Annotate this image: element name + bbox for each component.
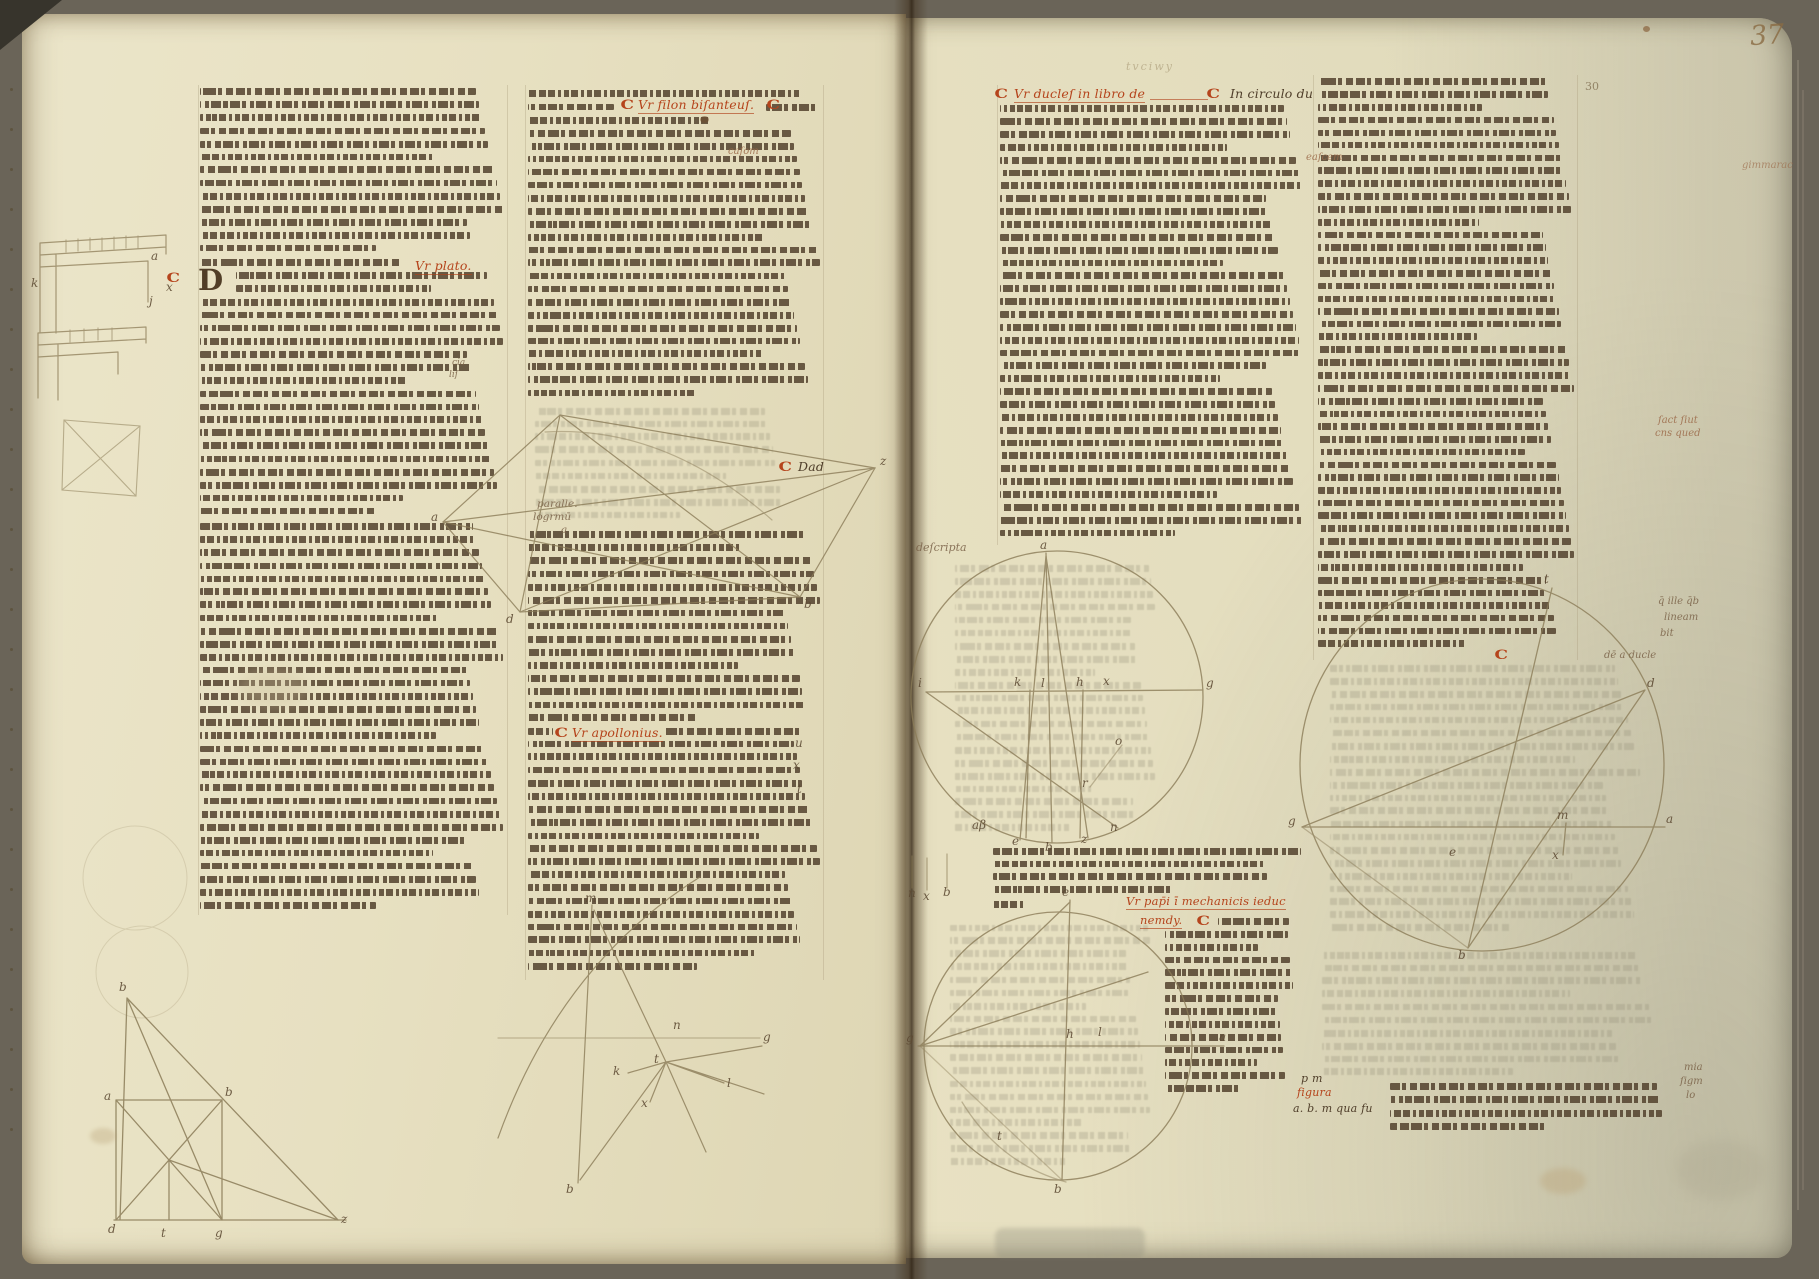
paraph-mark: C [1196, 914, 1209, 929]
diagram-label: a [151, 249, 158, 263]
diagram-label: z [880, 454, 886, 468]
diagram-label: o [1115, 734, 1122, 748]
pricking-holes [0, 0, 20, 1279]
paraph-mark: C [994, 87, 1007, 102]
rubric-nemdy: nemdy. [1140, 913, 1182, 929]
diagram-label: x [1103, 674, 1110, 688]
rubric-filon: Vr filon biſanteuſ. [638, 97, 754, 114]
diagram-label: h [1076, 675, 1084, 689]
manuscript-spread-photo: 37 30 tvciwy C Vr filon biſanteuſ. C Vr … [0, 0, 1819, 1279]
diagram-label: a [104, 1089, 111, 1103]
show-through-text [1322, 952, 1652, 1081]
text-block-col2 [528, 117, 820, 403]
margin-letter: t [797, 782, 802, 796]
ruling-line [198, 85, 199, 915]
margin-note-gimmarac: gimmarac [1742, 160, 1793, 171]
page-edge-line [1797, 60, 1799, 1210]
text-block-col3 [993, 901, 1045, 914]
margin-note-bit: bit [1660, 628, 1674, 639]
diagram-label: d [506, 612, 514, 626]
page-edge-line [1802, 90, 1804, 1190]
caption-pm: p m [1301, 1072, 1323, 1085]
rubric-ducles: Vr ducleſ in libro de [1014, 86, 1145, 103]
diagram-label: g [906, 1031, 914, 1045]
diagram-label: a [431, 510, 438, 524]
margin-note-lo: lo [1686, 1090, 1695, 1101]
word-descripta: deſcripta [916, 541, 967, 554]
text-block-col3 [1218, 918, 1294, 931]
text-block-col1 [200, 259, 400, 272]
paraph-mark: C [554, 726, 567, 741]
ruling-line [997, 85, 998, 545]
ruling-line [1577, 75, 1578, 660]
diagram-label: e [1012, 834, 1019, 848]
diagram-label: r [1082, 776, 1088, 790]
diagram-label: z [1081, 832, 1087, 846]
rubric-apollonius: Vr apollonius. [572, 725, 663, 742]
text-block-col4 [1390, 1083, 1662, 1137]
caption-figura: figura [1297, 1086, 1332, 1099]
initial-D: D [198, 266, 223, 295]
margin-note-cia: cia [452, 358, 465, 368]
diagram-label: t [654, 1052, 659, 1066]
page-number: 30 [1585, 80, 1599, 93]
text-block-col1 [200, 523, 503, 915]
show-through-text [1330, 665, 1640, 938]
margin-note-qdille: q̄ ille q̄b [1658, 596, 1699, 607]
diagram-label: t [997, 1129, 1002, 1143]
text-block-col2 [528, 104, 618, 116]
text-block-col2 [528, 531, 820, 727]
diagram-label: g [215, 1226, 223, 1240]
text-block-col4 [1318, 78, 1574, 653]
margin-note-lis: liſ [449, 370, 458, 380]
diagram-label: z [341, 1212, 347, 1226]
rubric-underline [1150, 99, 1208, 100]
text-block-col2 [528, 728, 554, 741]
diagram-label: g [1206, 676, 1214, 690]
gutter-letter: x [923, 889, 930, 903]
diagram-label: a [1666, 812, 1673, 826]
diagram-label: n [673, 1018, 681, 1032]
diagram-label: k [1014, 675, 1021, 689]
diagram-label: m [1557, 808, 1568, 822]
text-block-col1 [200, 299, 503, 521]
margin-note-mia: mia [1684, 1062, 1703, 1073]
diagram-label: d [108, 1222, 116, 1236]
diagram-label: k [613, 1064, 620, 1078]
note-logrammum: logrmū [533, 511, 571, 523]
text-block-col2 [528, 741, 820, 976]
text-block-col1 [236, 272, 503, 298]
rubric-plato: Vr plato. [415, 258, 472, 275]
diagram-label: b [804, 597, 812, 611]
diagram-label: aβ [972, 818, 986, 832]
binding-gutter [894, 0, 928, 1279]
margin-letter: x [793, 758, 800, 772]
margin-note-fact: ſact ſiut [1658, 415, 1698, 426]
diagram-label: t [1544, 572, 1549, 586]
heading-in-circulo: In circulo du [1230, 86, 1313, 101]
diagram-label: a [1219, 1030, 1226, 1044]
text-block-col3 [1000, 105, 1302, 542]
ruling-line [525, 85, 526, 980]
diagram-label: b [225, 1085, 233, 1099]
margin-note-eascem: eaſcem [1306, 152, 1343, 163]
margin-note-lineam: lineam [1664, 612, 1698, 623]
diagram-label: d [1647, 676, 1655, 690]
ruling-line [507, 85, 508, 915]
diagram-label: n [1110, 820, 1118, 834]
diagram-label: b [1458, 948, 1466, 962]
paraph-mark: C [620, 98, 633, 113]
note-a: a [561, 524, 567, 536]
running-header: tvciwy [1126, 60, 1174, 73]
show-through-text [950, 925, 1150, 1171]
diagram-label: g [1288, 814, 1296, 828]
note-paralle: paralle. [537, 498, 578, 510]
diagram-label: a [1040, 538, 1047, 552]
diagram-label: e [1449, 845, 1456, 859]
paraph-mark: C [1206, 87, 1219, 102]
diagram-label: b [1054, 1182, 1062, 1196]
gutter-letter: n [908, 886, 916, 900]
diagram-label: b [119, 980, 127, 994]
diagram-label: t [161, 1226, 166, 1240]
diagram-label: k [31, 276, 38, 290]
paraph-mark: C [766, 98, 779, 113]
word-dad: Dad [798, 459, 824, 474]
rubric-pappi: Vr pap̄i ī mechanicis ieduc [1126, 894, 1286, 910]
diagram-label: b [1045, 840, 1053, 854]
folio-number: 37 [1749, 19, 1785, 52]
ruling-line [823, 85, 824, 980]
show-through-text [955, 565, 1155, 838]
diagram-label: x [641, 1096, 648, 1110]
diagram-label: e [1062, 885, 1069, 899]
text-block-col3 [993, 848, 1301, 900]
margin-note-dea: dē a ducle [1604, 650, 1656, 661]
diagram-label: l [1098, 1025, 1102, 1039]
diagram-label: l [727, 1076, 731, 1090]
paraph-mark: C [1494, 648, 1507, 663]
diagram-label: h [1066, 1027, 1074, 1041]
diagram-label: m [585, 891, 596, 905]
diagram-label: l [1041, 676, 1045, 690]
diagram-label: x [1552, 848, 1559, 862]
gutter-letter: b [943, 885, 951, 899]
margin-note-cns: cns qued [1655, 428, 1701, 439]
diagram-label: i [918, 676, 922, 690]
margin-note-casom: caſom [728, 146, 759, 157]
margin-letter: u [795, 736, 803, 750]
diagram-label: x [166, 280, 173, 294]
caption-abm: a. b. m qua fu [1293, 1102, 1373, 1115]
diagram-label: j [149, 294, 153, 308]
paraph-mark: C [778, 460, 791, 475]
margin-note-sigm: ſigm [1680, 1076, 1703, 1087]
text-block-col3 [1165, 931, 1293, 1098]
diagram-label: b [566, 1182, 574, 1196]
diagram-label: g [763, 1030, 771, 1044]
text-block-col1 [200, 88, 503, 258]
